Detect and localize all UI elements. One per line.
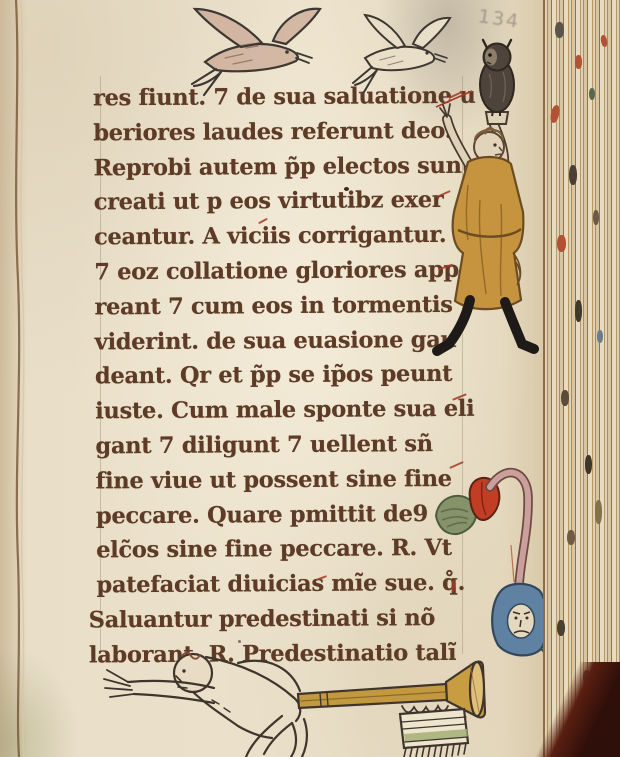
edge-illumination-glimpse <box>589 88 595 100</box>
edge-illumination-glimpse <box>575 55 582 69</box>
edge-illumination-glimpse <box>561 390 569 406</box>
text-line: gant 7 diligunt 7 uellent sñ <box>95 427 487 465</box>
text-line: Reprobi autem p̃p electos sunt <box>93 148 485 186</box>
text-line: elc̃os sine fine peccare. R. Vt <box>96 531 488 569</box>
text-line: res fiunt. 7 de sua saluatione u <box>93 79 485 117</box>
text-line: 7 eoz collatione gloriores appa <box>94 253 486 291</box>
edge-illumination-glimpse <box>575 300 582 322</box>
background-corner <box>510 662 620 757</box>
edge-illumination-glimpse <box>595 500 602 524</box>
edge-illumination-glimpse <box>549 104 561 123</box>
text-line: beriores laudes referunt deo. <box>93 113 485 151</box>
text-line: deant. Qr et p̃p se ip̃os peunt <box>95 357 487 395</box>
text-block: res fiunt. 7 de sua saluatione u beriore… <box>93 79 489 673</box>
text-line: ceantur. A viciis corrigantur. <box>94 218 486 256</box>
edge-illumination-glimpse <box>593 210 599 225</box>
edge-illumination-glimpse <box>585 455 592 474</box>
edge-illumination-glimpse <box>557 235 566 252</box>
text-line: viderint. de sua euasione gau <box>95 322 487 360</box>
folio-number: 134 <box>477 5 522 33</box>
text-line: iuste. Cum male sponte sua eli <box>95 392 487 430</box>
text-line: fine viue ut possent sine fine <box>96 461 488 499</box>
text-line: reant 7 cum eos in tormentis <box>94 287 486 325</box>
parchment-page: 134 res fiunt. 7 de sua saluatione u ber… <box>0 0 545 757</box>
manuscript-photo: 134 res fiunt. 7 de sua saluatione u ber… <box>0 0 620 757</box>
edge-illumination-glimpse <box>597 330 603 343</box>
text-line: creati ut p eos virtutibz exer <box>94 183 486 221</box>
edge-illumination-glimpse <box>569 165 577 185</box>
edge-illumination-glimpse <box>567 530 575 545</box>
text-line: patefaciat diuicias mĩe sue. q̊. <box>96 566 488 604</box>
edge-illumination-glimpse <box>555 22 564 38</box>
text-line: laborant. R. Predestinatio talĩ <box>89 635 489 673</box>
text-line: peccare. Quare pmittit de9 <box>96 496 488 534</box>
edge-illumination-glimpse <box>557 620 565 636</box>
edge-illumination-glimpse <box>600 35 608 48</box>
text-line: Saluantur predestinati si nõ <box>89 601 489 639</box>
book-fore-edge <box>543 0 620 757</box>
